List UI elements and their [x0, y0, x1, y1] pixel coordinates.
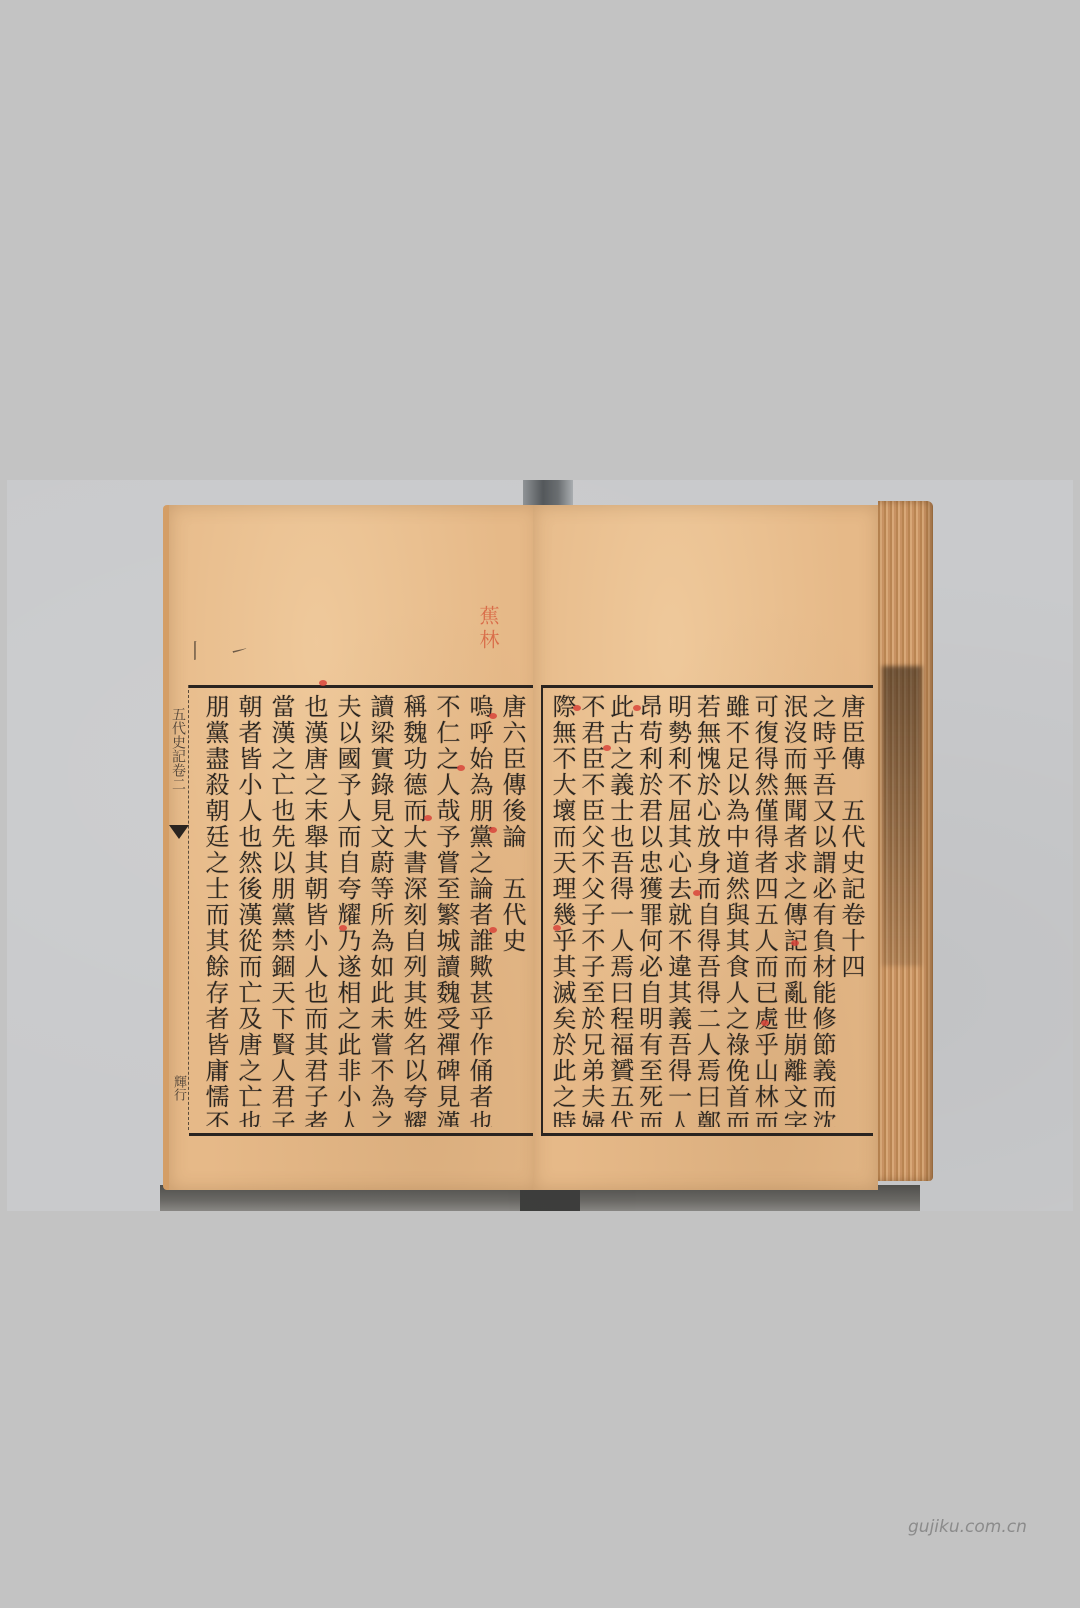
left-page: 蕉林 ㇑ ㇀ 五代史記卷二 輝行 唐六臣傳後論 五代史 嗚呼始為朋黨之論者誰歟甚…	[163, 505, 539, 1190]
red-seal-annotation: 蕉林	[474, 605, 503, 653]
red-punctuation-mark	[603, 745, 611, 751]
right-text-columns: 唐臣傳 五代史記卷十四 之時乎吾又以謂必有負材能修節義而沈淪於下 泯沒而無聞者求…	[549, 694, 867, 1127]
text-column: 明勢利不屈其心去就不違其義吾得一人焉曰石	[665, 694, 694, 1127]
text-column-title: 唐六臣傳後論 五代史	[495, 694, 528, 1127]
text-column: 此古之義士也吾得一人焉曰程福贇五代之亂君	[607, 694, 636, 1127]
red-punctuation-mark	[633, 705, 641, 711]
red-punctuation-mark	[553, 925, 561, 931]
watermark: gujiku.com.cn	[908, 1517, 1027, 1537]
text-column: 之時乎吾又以謂必有負材能修節義而沈淪於下	[809, 694, 838, 1127]
text-column: 泯沒而無聞者求之傳記而亂世崩離文字殘缺不	[780, 694, 809, 1127]
text-column: 夫以國予人而自夸耀乃遂相之此非小人孰能為	[330, 694, 363, 1127]
text-column-title: 唐臣傳 五代史記卷十四	[838, 694, 867, 1127]
text-column: 際無不大壞而天理幾乎其滅矣於此之時能以李	[549, 694, 578, 1127]
red-punctuation-mark	[424, 815, 432, 821]
red-punctuation-mark	[761, 1020, 769, 1026]
right-text-frame: 唐臣傳 五代史記卷十四 之時乎吾又以謂必有負材能修節義而沈淪於下 泯沒而無聞者求…	[541, 685, 873, 1136]
red-punctuation-mark	[489, 827, 497, 833]
red-punctuation-mark	[457, 765, 465, 771]
left-text-columns: 唐六臣傳後論 五代史 嗚呼始為朋黨之論者誰歟甚乎作俑者也真可謂 不仁之人哉予嘗至…	[195, 694, 528, 1127]
text-column: 昂苟利於君以忠獲罪何必自明有至死而不言者	[636, 694, 665, 1127]
text-column: 雖不足以為中道然與其食人之祿俛首而包羞孰	[722, 694, 751, 1127]
open-book: 蕉林 ㇑ ㇀ 五代史記卷二 輝行 唐六臣傳後論 五代史 嗚呼始為朋黨之論者誰歟甚…	[163, 505, 933, 1190]
red-punctuation-mark	[693, 890, 701, 896]
text-column: 若無愧於心放身而自得吾得二人焉曰鄭遨張薦	[694, 694, 723, 1127]
text-column: 當漢之亡也先以朋黨禁錮天下賢人君子而立其	[264, 694, 297, 1127]
text-column: 不仁之人哉予嘗至繁城讀魏受禪碑見漢之羣臣	[429, 694, 462, 1127]
right-page: 唐臣傳 五代史記卷十四 之時乎吾又以謂必有負材能修節義而沈淪於下 泯沒而無聞者求…	[533, 505, 878, 1190]
page-stack-edges	[878, 501, 933, 1181]
red-punctuation-mark	[791, 940, 799, 946]
text-column: 不君臣不臣父不父子不子至於兄弟夫婦人倫之	[578, 694, 607, 1127]
red-punctuation-mark	[339, 925, 347, 931]
red-punctuation-mark	[573, 705, 581, 711]
text-column: 朋黨盡殺朝廷之士而其餘存者皆庸懦不肖傾險	[198, 694, 231, 1127]
text-column: 也漢唐之末舉其朝皆小人也而其君子者何在哉	[297, 694, 330, 1127]
text-column: 朝者皆小人也然後漢從而亡及唐之亡也又先以	[231, 694, 264, 1127]
top-margin-marks: ㇑ ㇀	[184, 635, 250, 666]
red-punctuation-mark	[489, 927, 497, 933]
banxin-bottom-text: 輝行	[169, 1075, 188, 1101]
text-column: 稱魏功德而大書深刻自列其姓名以夸耀於世又	[396, 694, 429, 1127]
red-punctuation-mark	[319, 680, 327, 686]
left-text-frame: 唐六臣傳後論 五代史 嗚呼始為朋黨之論者誰歟甚乎作俑者也真可謂 不仁之人哉予嘗至…	[189, 685, 536, 1136]
page-canvas: 蕉林 ㇑ ㇀ 五代史記卷二 輝行 唐六臣傳後論 五代史 嗚呼始為朋黨之論者誰歟甚…	[0, 0, 1080, 1608]
text-column: 可復得然僅得者四五人而已處乎山林而羣麋鹿	[751, 694, 780, 1127]
red-punctuation-mark	[489, 713, 497, 719]
text-column: 讀梁實錄見文蔚等所為如此未嘗不為之流涕也	[363, 694, 396, 1127]
text-column: 嗚呼始為朋黨之論者誰歟甚乎作俑者也真可謂	[462, 694, 495, 1127]
banxin-margin-column: 五代史記卷二	[167, 685, 189, 1130]
fishtail-mark-icon	[169, 825, 189, 839]
banxin-title: 五代史記卷二	[170, 707, 186, 791]
